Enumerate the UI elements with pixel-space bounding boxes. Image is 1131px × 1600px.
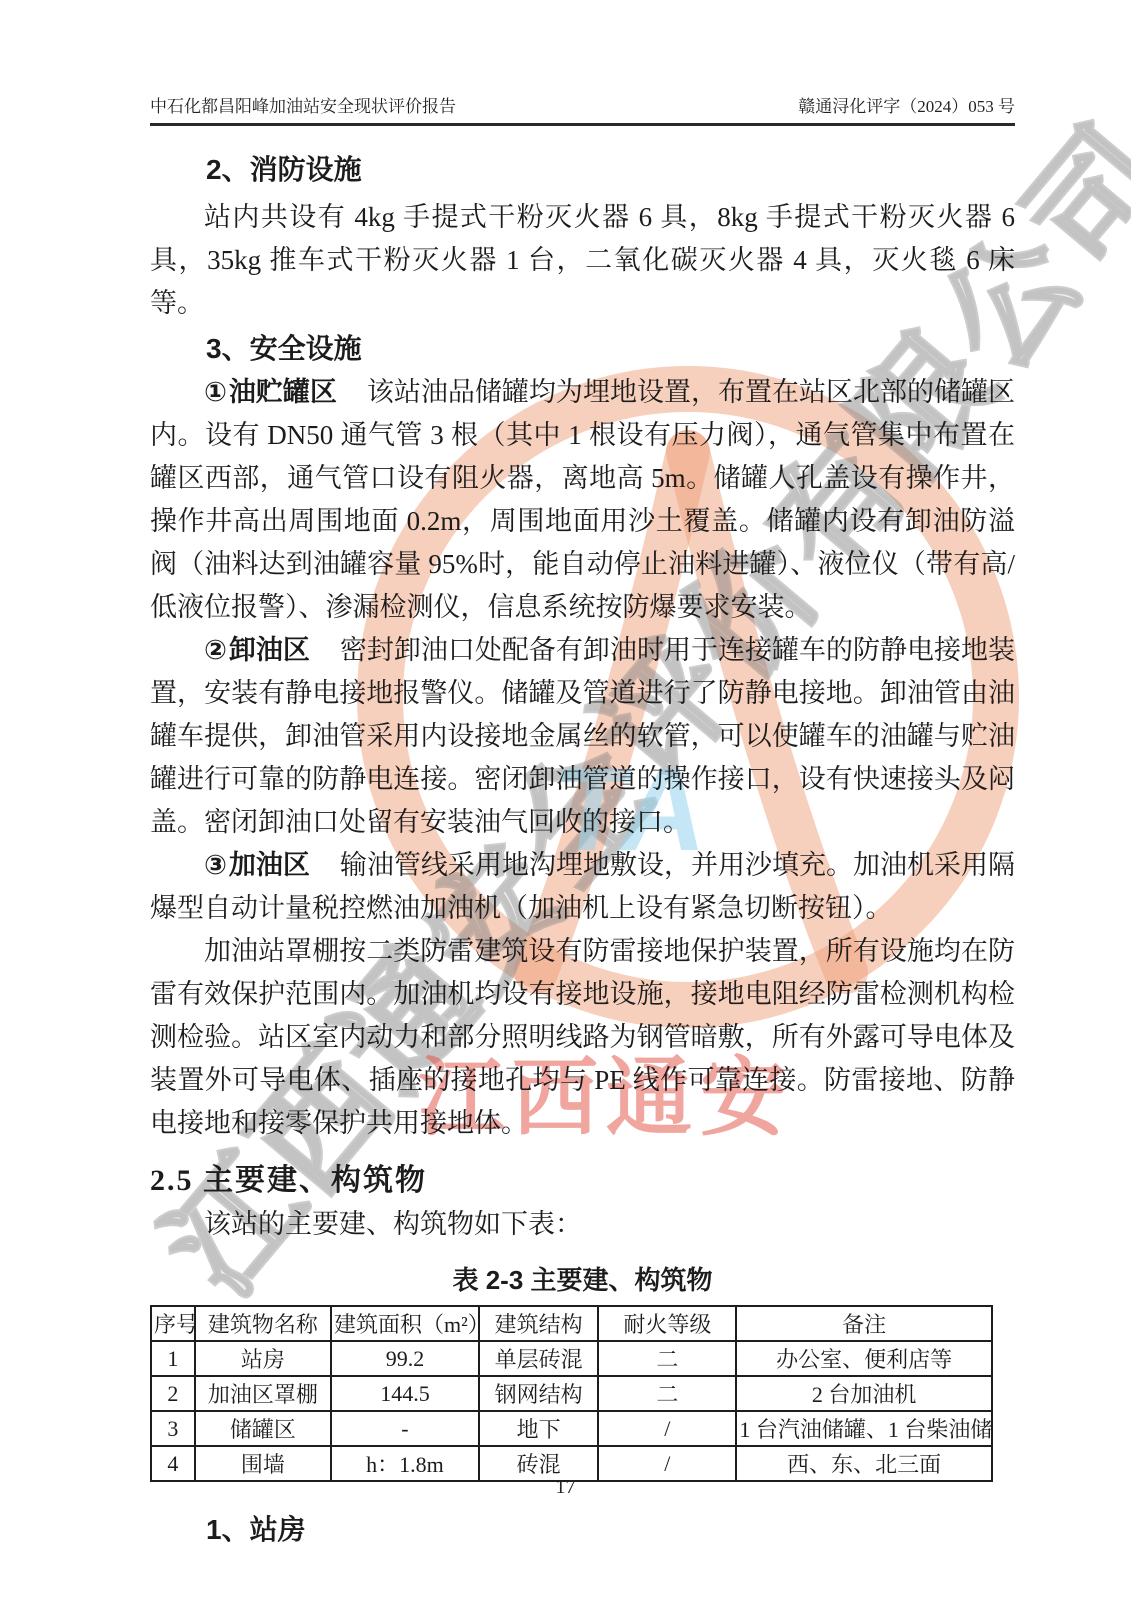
heading-section-2-5: 2.5 主要建、构筑物 bbox=[150, 1161, 1015, 1201]
paragraph-table-intro: 该站的主要建、构筑物如下表： bbox=[150, 1203, 1015, 1246]
table-cell: 地下 bbox=[479, 1411, 598, 1446]
table-cell: 办公室、便利店等 bbox=[736, 1341, 992, 1376]
table-cell: 99.2 bbox=[331, 1341, 479, 1376]
page-number: 17 bbox=[0, 1476, 1131, 1499]
table-row: 3储罐区-地下/1 台汽油储罐、1 台柴油储罐 bbox=[151, 1411, 992, 1446]
table-row: 2加油区罩棚144.5钢网结构二2 台加油机 bbox=[151, 1376, 992, 1411]
buildings-table: 序号建筑物名称建筑面积（m²）建筑结构耐火等级备注 1站房99.2单层砖混二办公… bbox=[150, 1305, 993, 1482]
table-cell: 144.5 bbox=[331, 1376, 479, 1411]
circled-number-2: ② bbox=[204, 635, 227, 665]
table-header-cell: 建筑结构 bbox=[479, 1306, 598, 1341]
table-row: 1站房99.2单层砖混二办公室、便利店等 bbox=[151, 1341, 992, 1376]
paragraph-unloading-area: ②卸油区密封卸油口处配备有卸油时用于连接罐车的防静电接地装置，安装有静电接地报警… bbox=[150, 629, 1015, 844]
document-page: 江西通安全评价有限公司 TA 江西通安 中石化都昌阳峰加油站安全现状评价报告 赣… bbox=[0, 0, 1131, 1600]
table-header-cell: 耐火等级 bbox=[598, 1306, 736, 1341]
table-cell: 2 bbox=[151, 1376, 195, 1411]
heading-safety-facilities: 3、安全设施 bbox=[150, 331, 1015, 367]
table-cell: 站房 bbox=[195, 1341, 331, 1376]
circled-number-3: ③ bbox=[204, 850, 227, 880]
tank-area-label: 油贮罐区 bbox=[229, 377, 337, 407]
table-cell: - bbox=[331, 1411, 479, 1446]
heading-station-building: 1、站房 bbox=[150, 1508, 1015, 1548]
page-header: 中石化都昌阳峰加油站安全现状评价报告 赣通浔化评字（2024）053 号 bbox=[150, 0, 1015, 126]
table-cell: 加油区罩棚 bbox=[195, 1376, 331, 1411]
header-left-title: 中石化都昌阳峰加油站安全现状评价报告 bbox=[150, 92, 456, 117]
table-header-cell: 建筑物名称 bbox=[195, 1306, 331, 1341]
table-cell: 1 bbox=[151, 1341, 195, 1376]
table-cell: 储罐区 bbox=[195, 1411, 331, 1446]
table-header-cell: 序号 bbox=[151, 1306, 195, 1341]
paragraph-lightning-protection: 加油站罩棚按二类防雷建筑设有防雷接地保护装置，所有设施均在防雷有效保护范围内。加… bbox=[150, 930, 1015, 1145]
table-caption: 表 2-3 主要建、构筑物 bbox=[150, 1260, 1015, 1297]
table-cell: 2 台加油机 bbox=[736, 1376, 992, 1411]
unloading-area-label: 卸油区 bbox=[229, 635, 310, 665]
header-right-doc-number: 赣通浔化评字（2024）053 号 bbox=[798, 92, 1015, 117]
unloading-area-text: 密封卸油口处配备有卸油时用于连接罐车的防静电接地装置，安装有静电接地报警仪。储罐… bbox=[150, 635, 1015, 837]
table-header-cell: 建筑面积（m²） bbox=[331, 1306, 479, 1341]
table-cell: 3 bbox=[151, 1411, 195, 1446]
paragraph-refueling-area: ③加油区输油管线采用地沟埋地敷设，并用沙填充。加油机采用隔爆型自动计量税控燃油加… bbox=[150, 844, 1015, 930]
paragraph-tank-area: ①油贮罐区该站油品储罐均为埋地设置，布置在站区北部的储罐区内。设有 DN50 通… bbox=[150, 371, 1015, 629]
table-cell: 钢网结构 bbox=[479, 1376, 598, 1411]
tank-area-text: 该站油品储罐均为埋地设置，布置在站区北部的储罐区内。设有 DN50 通气管 3 … bbox=[150, 377, 1015, 622]
page-content: 中石化都昌阳峰加油站安全现状评价报告 赣通浔化评字（2024）053 号 2、消… bbox=[0, 0, 1131, 1548]
paragraph-fire-facilities: 站内共设有 4kg 手提式干粉灭火器 6 具，8kg 手提式干粉灭火器 6 具，… bbox=[150, 196, 1015, 325]
table-header-cell: 备注 bbox=[736, 1306, 992, 1341]
circled-number-1: ① bbox=[204, 377, 227, 407]
table-header-row: 序号建筑物名称建筑面积（m²）建筑结构耐火等级备注 bbox=[151, 1306, 992, 1341]
heading-fire-facilities: 2、消防设施 bbox=[150, 152, 1015, 188]
table-cell: 二 bbox=[598, 1376, 736, 1411]
table-cell: 单层砖混 bbox=[479, 1341, 598, 1376]
table-cell: 二 bbox=[598, 1341, 736, 1376]
refueling-area-label: 加油区 bbox=[229, 850, 310, 880]
table-cell: 1 台汽油储罐、1 台柴油储罐 bbox=[736, 1411, 992, 1446]
table-cell: / bbox=[598, 1411, 736, 1446]
